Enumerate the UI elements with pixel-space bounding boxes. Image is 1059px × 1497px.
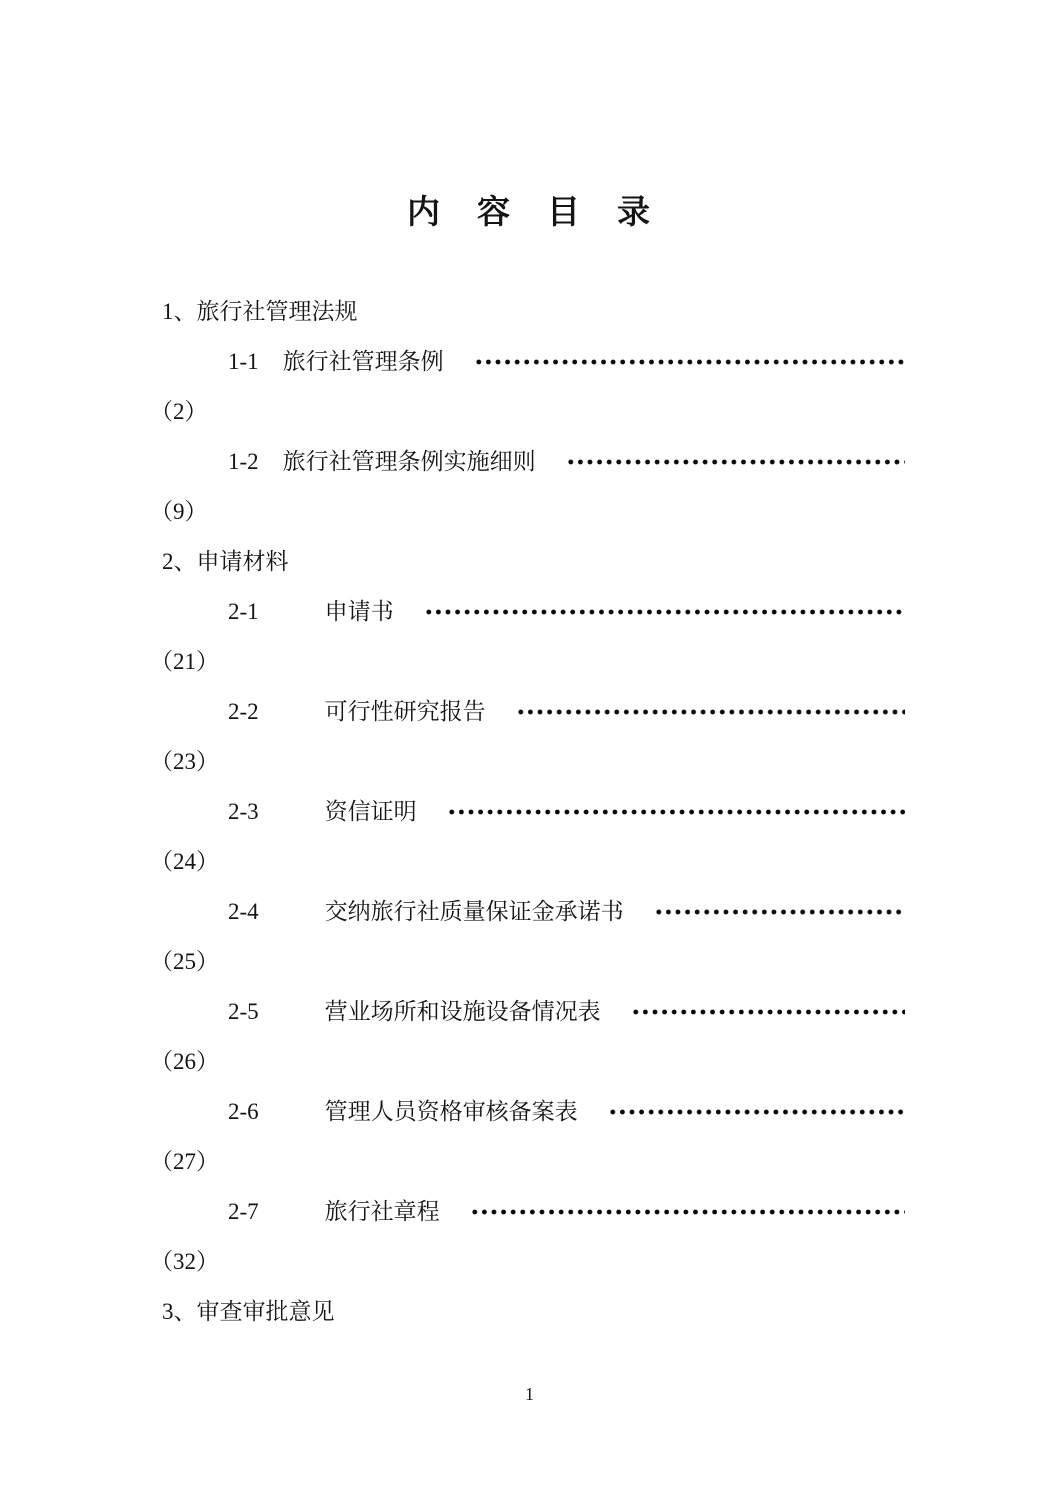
entry-page-number: （32） xyxy=(150,1237,1059,1287)
entry-number: 2-4 xyxy=(228,887,259,937)
entry-title: 营业场所和设施设备情况表 xyxy=(325,987,601,1037)
entry-title: 管理人员资格审核备案表 xyxy=(325,1087,578,1137)
dot-leader xyxy=(468,1187,905,1237)
entry-title: 旅行社管理条例 xyxy=(283,337,444,387)
document-page: 内 容 目 录 1、旅行社管理法规 1-1 旅行社管理条例 （2） 1-2 旅行… xyxy=(0,0,1059,1497)
entry-title: 申请书 xyxy=(325,587,394,637)
footer-page-number: 1 xyxy=(0,1380,1059,1408)
entry-number: 2-3 xyxy=(228,787,259,837)
toc-entry: 2-6 管理人员资格审核备案表 xyxy=(228,1087,905,1137)
entry-number: 1-2 xyxy=(228,437,259,487)
entry-page-number: （21） xyxy=(150,637,1059,687)
table-of-contents: 1、旅行社管理法规 1-1 旅行社管理条例 （2） 1-2 旅行社管理条例实施细… xyxy=(0,287,1059,1337)
entry-number: 2-7 xyxy=(228,1187,259,1237)
toc-entry: 2-7 旅行社章程 xyxy=(228,1187,905,1237)
dot-leader xyxy=(472,337,905,387)
toc-entry: 2-5 营业场所和设施设备情况表 xyxy=(228,987,905,1037)
entry-title: 资信证明 xyxy=(325,787,417,837)
dot-leader xyxy=(564,437,905,487)
entry-page-number: （24） xyxy=(150,837,1059,887)
toc-entry: 2-3 资信证明 xyxy=(228,787,905,837)
dot-leader xyxy=(629,987,905,1037)
section-heading: 1、旅行社管理法规 xyxy=(162,287,1059,337)
dot-leader xyxy=(652,887,905,937)
entry-number: 2-5 xyxy=(228,987,259,1037)
entry-page-number: （27） xyxy=(150,1137,1059,1187)
entry-title: 旅行社管理条例实施细则 xyxy=(283,437,536,487)
section-heading: 3、审查审批意见 xyxy=(162,1287,1059,1337)
dot-leader xyxy=(514,687,905,737)
section-heading: 2、申请材料 xyxy=(162,537,1059,587)
toc-entry: 1-1 旅行社管理条例 xyxy=(228,337,905,387)
dot-leader xyxy=(445,787,905,837)
page-title: 内 容 目 录 xyxy=(0,186,1059,233)
entry-page-number: （2） xyxy=(150,387,1059,437)
toc-entry: 1-2 旅行社管理条例实施细则 xyxy=(228,437,905,487)
toc-entry: 2-1 申请书 xyxy=(228,587,905,637)
entry-page-number: （25） xyxy=(150,937,1059,987)
toc-entry: 2-4 交纳旅行社质量保证金承诺书 xyxy=(228,887,905,937)
entry-page-number: （23） xyxy=(150,737,1059,787)
entry-number: 2-1 xyxy=(228,587,259,637)
entry-title: 旅行社章程 xyxy=(325,1187,440,1237)
dot-leader xyxy=(422,587,905,637)
entry-title: 交纳旅行社质量保证金承诺书 xyxy=(325,887,624,937)
toc-entry: 2-2 可行性研究报告 xyxy=(228,687,905,737)
entry-number: 2-2 xyxy=(228,687,259,737)
entry-page-number: （26） xyxy=(150,1037,1059,1087)
entry-number: 2-6 xyxy=(228,1087,259,1137)
entry-title: 可行性研究报告 xyxy=(325,687,486,737)
entry-page-number: （9） xyxy=(150,487,1059,537)
entry-number: 1-1 xyxy=(228,337,259,387)
dot-leader xyxy=(606,1087,905,1137)
